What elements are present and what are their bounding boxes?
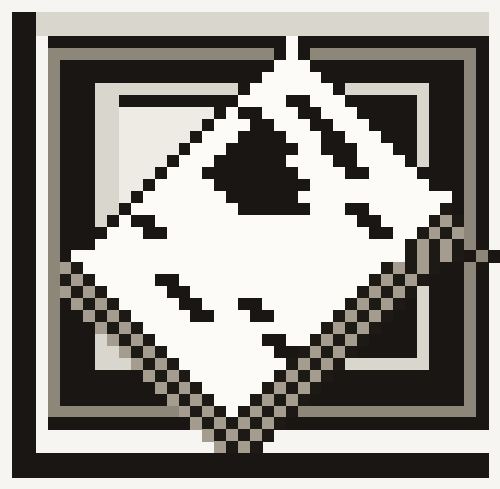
window-white-pixel xyxy=(131,119,144,132)
document-white-pixel xyxy=(310,215,323,228)
black-pixel xyxy=(95,60,108,73)
document-white-pixel xyxy=(274,60,287,73)
document-white-pixel xyxy=(190,167,203,180)
black-pixel xyxy=(167,274,180,287)
black-pixel xyxy=(250,72,263,85)
black-pixel xyxy=(83,203,96,216)
stipple-gray-pixel xyxy=(48,119,61,132)
stipple-gray-pixel xyxy=(48,203,61,216)
document-white-pixel xyxy=(190,191,203,204)
document-white-pixel xyxy=(321,298,334,311)
light-gray-pixel xyxy=(107,119,120,132)
document-white-pixel xyxy=(286,298,299,311)
checker-dark-pixel xyxy=(262,382,275,395)
checker-dark-pixel xyxy=(143,334,156,347)
stipple-gray-pixel xyxy=(464,394,477,407)
black-pixel xyxy=(202,60,215,73)
black-pixel xyxy=(476,143,489,156)
black-pixel xyxy=(60,322,73,335)
black-pixel xyxy=(71,95,84,108)
stipple-gray-pixel xyxy=(464,83,477,96)
black-pixel xyxy=(405,60,418,73)
checker-light-pixel xyxy=(381,298,394,311)
black-pixel xyxy=(476,346,489,359)
black-pixel xyxy=(214,95,227,108)
stipple-gray-pixel xyxy=(393,406,406,419)
black-pixel xyxy=(405,394,418,407)
checker-light-pixel xyxy=(60,262,73,275)
light-gray-pixel xyxy=(357,83,370,96)
black-pixel xyxy=(107,36,120,49)
black-pixel xyxy=(190,453,203,466)
stipple-gray-pixel xyxy=(119,406,132,419)
stipple-gray-pixel xyxy=(48,274,61,287)
black-pixel xyxy=(238,143,251,156)
black-pixel xyxy=(60,334,73,347)
document-white-pixel xyxy=(333,179,346,192)
document-white-pixel xyxy=(405,203,418,216)
document-white-pixel xyxy=(286,239,299,252)
black-pixel xyxy=(12,310,25,323)
black-pixel xyxy=(250,167,263,180)
black-pixel xyxy=(179,465,192,478)
document-white-pixel xyxy=(238,310,251,323)
black-pixel xyxy=(476,262,489,275)
document-white-pixel xyxy=(274,119,287,132)
light-gray-pixel xyxy=(393,358,406,371)
document-white-pixel xyxy=(417,191,430,204)
checker-light-pixel xyxy=(417,250,430,263)
black-pixel xyxy=(476,453,489,466)
black-pixel xyxy=(60,298,73,311)
checker-light-pixel xyxy=(226,429,239,442)
checker-dark-pixel xyxy=(83,274,96,287)
black-pixel xyxy=(60,119,73,132)
black-pixel xyxy=(12,465,25,478)
black-pixel xyxy=(369,107,382,120)
black-pixel xyxy=(95,382,108,395)
stipple-gray-pixel xyxy=(298,406,311,419)
black-pixel xyxy=(417,394,430,407)
checker-dark-pixel xyxy=(310,382,323,395)
black-pixel xyxy=(405,453,418,466)
black-pixel xyxy=(452,179,465,192)
window-white-pixel xyxy=(119,167,132,180)
black-pixel xyxy=(12,24,25,37)
document-white-pixel xyxy=(298,227,311,240)
black-pixel xyxy=(12,12,25,25)
document-white-pixel xyxy=(262,262,275,275)
black-pixel xyxy=(179,72,192,85)
black-pixel xyxy=(405,310,418,323)
document-white-pixel xyxy=(107,239,120,252)
document-white-pixel xyxy=(190,274,203,287)
black-pixel xyxy=(429,370,442,383)
black-pixel xyxy=(429,95,442,108)
black-pixel xyxy=(429,131,442,144)
document-white-pixel xyxy=(179,191,192,204)
black-pixel xyxy=(71,215,84,228)
checker-light-pixel xyxy=(274,406,287,419)
document-white-pixel xyxy=(310,95,323,108)
black-pixel xyxy=(24,394,37,407)
document-white-pixel xyxy=(179,215,192,228)
checker-dark-pixel xyxy=(214,406,227,419)
black-pixel xyxy=(83,322,96,335)
light-gray-pixel xyxy=(464,24,477,37)
black-pixel xyxy=(369,72,382,85)
checker-dark-pixel xyxy=(131,322,144,335)
document-white-pixel xyxy=(274,298,287,311)
light-gray-pixel xyxy=(357,24,370,37)
document-white-pixel xyxy=(298,250,311,263)
document-white-pixel xyxy=(262,107,275,120)
stipple-gray-pixel xyxy=(464,406,477,419)
stipple-gray-pixel xyxy=(440,48,453,61)
black-pixel xyxy=(250,298,263,311)
document-white-pixel xyxy=(298,155,311,168)
black-pixel xyxy=(429,417,442,430)
document-white-pixel xyxy=(298,286,311,299)
checker-dark-pixel xyxy=(107,322,120,335)
checker-dark-pixel xyxy=(214,429,227,442)
document-white-pixel xyxy=(83,250,96,263)
black-pixel xyxy=(310,465,323,478)
black-pixel xyxy=(333,36,346,49)
checker-dark-pixel xyxy=(167,358,180,371)
document-white-pixel xyxy=(190,143,203,156)
black-pixel xyxy=(345,382,358,395)
light-gray-pixel xyxy=(333,12,346,25)
light-gray-pixel xyxy=(345,12,358,25)
black-pixel xyxy=(429,322,442,335)
light-gray-pixel xyxy=(95,131,108,144)
black-pixel xyxy=(24,274,37,287)
black-pixel xyxy=(71,394,84,407)
stipple-gray-pixel xyxy=(417,406,430,419)
stipple-gray-pixel xyxy=(60,48,73,61)
black-pixel xyxy=(381,119,394,132)
black-pixel xyxy=(24,143,37,156)
black-pixel xyxy=(226,60,239,73)
window-white-pixel xyxy=(119,119,132,132)
light-gray-pixel xyxy=(119,358,132,371)
light-gray-pixel xyxy=(143,12,156,25)
black-pixel xyxy=(440,286,453,299)
black-pixel xyxy=(345,370,358,383)
black-pixel xyxy=(24,155,37,168)
stipple-gray-pixel xyxy=(321,48,334,61)
document-white-pixel xyxy=(179,322,192,335)
black-pixel xyxy=(24,203,37,216)
document-white-pixel xyxy=(190,203,203,216)
black-pixel xyxy=(60,453,73,466)
document-white-pixel xyxy=(226,215,239,228)
black-pixel xyxy=(83,215,96,228)
checker-dark-pixel xyxy=(429,215,442,228)
document-white-pixel xyxy=(214,382,227,395)
window-white-pixel xyxy=(190,119,203,132)
document-white-pixel xyxy=(345,227,358,240)
black-pixel xyxy=(274,48,287,61)
light-gray-pixel xyxy=(476,24,489,37)
checker-dark-pixel xyxy=(298,394,311,407)
checker-dark-pixel xyxy=(226,417,239,430)
document-white-pixel xyxy=(131,286,144,299)
black-pixel xyxy=(333,72,346,85)
document-white-pixel xyxy=(190,179,203,192)
document-white-pixel xyxy=(357,179,370,192)
black-pixel xyxy=(71,239,84,252)
window-white-pixel xyxy=(119,131,132,144)
light-gray-pixel xyxy=(238,12,251,25)
black-pixel xyxy=(476,83,489,96)
black-pixel xyxy=(107,382,120,395)
black-pixel xyxy=(95,465,108,478)
stipple-gray-pixel xyxy=(107,48,120,61)
black-pixel xyxy=(452,394,465,407)
black-pixel xyxy=(476,465,489,478)
document-white-pixel xyxy=(167,239,180,252)
black-pixel xyxy=(452,36,465,49)
black-pixel xyxy=(60,310,73,323)
window-white-pixel xyxy=(119,107,132,120)
black-pixel xyxy=(83,83,96,96)
black-pixel xyxy=(226,143,239,156)
light-gray-pixel xyxy=(179,12,192,25)
black-pixel xyxy=(12,179,25,192)
light-gray-pixel xyxy=(345,358,358,371)
window-white-pixel xyxy=(119,155,132,168)
black-pixel xyxy=(143,36,156,49)
stipple-gray-pixel xyxy=(48,72,61,85)
black-pixel xyxy=(417,167,430,180)
document-white-pixel xyxy=(167,179,180,192)
window-white-pixel xyxy=(143,155,156,168)
light-gray-pixel xyxy=(95,95,108,108)
black-pixel xyxy=(440,417,453,430)
light-gray-pixel xyxy=(95,334,108,347)
checker-dark-pixel xyxy=(429,250,442,263)
black-pixel xyxy=(381,465,394,478)
stipple-gray-pixel xyxy=(48,239,61,252)
checker-dark-pixel xyxy=(107,298,120,311)
black-pixel xyxy=(452,131,465,144)
window-white-pixel xyxy=(143,167,156,180)
stipple-gray-pixel xyxy=(464,119,477,132)
black-pixel xyxy=(12,60,25,73)
black-pixel xyxy=(333,394,346,407)
black-pixel xyxy=(250,179,263,192)
black-pixel xyxy=(60,60,73,73)
document-white-pixel xyxy=(214,131,227,144)
black-pixel xyxy=(167,60,180,73)
black-pixel xyxy=(95,72,108,85)
black-pixel xyxy=(238,191,251,204)
light-gray-pixel xyxy=(417,334,430,347)
black-pixel xyxy=(71,453,84,466)
black-pixel xyxy=(262,60,275,73)
light-gray-pixel xyxy=(95,346,108,359)
black-pixel xyxy=(83,358,96,371)
black-pixel xyxy=(60,370,73,383)
document-white-pixel xyxy=(310,227,323,240)
black-pixel xyxy=(429,465,442,478)
checker-dark-pixel xyxy=(179,394,192,407)
checker-light-pixel xyxy=(95,322,108,335)
light-gray-pixel xyxy=(107,346,120,359)
black-pixel xyxy=(440,107,453,120)
document-white-pixel xyxy=(167,191,180,204)
black-pixel xyxy=(250,453,263,466)
black-pixel xyxy=(12,358,25,371)
light-gray-pixel xyxy=(167,83,180,96)
stipple-gray-pixel xyxy=(48,48,61,61)
black-pixel xyxy=(321,394,334,407)
document-white-pixel xyxy=(131,227,144,240)
document-white-pixel xyxy=(202,131,215,144)
black-pixel xyxy=(274,453,287,466)
document-white-pixel xyxy=(310,83,323,96)
document-white-pixel xyxy=(226,131,239,144)
black-pixel xyxy=(12,83,25,96)
checker-dark-pixel xyxy=(179,370,192,383)
black-pixel xyxy=(24,83,37,96)
black-pixel xyxy=(250,191,263,204)
stipple-gray-pixel xyxy=(179,48,192,61)
light-gray-pixel xyxy=(95,12,108,25)
document-white-pixel xyxy=(429,203,442,216)
light-gray-pixel xyxy=(226,12,239,25)
document-white-pixel xyxy=(179,239,192,252)
document-white-pixel xyxy=(357,143,370,156)
document-white-pixel xyxy=(405,179,418,192)
black-pixel xyxy=(440,465,453,478)
black-pixel xyxy=(190,60,203,73)
black-pixel xyxy=(345,155,358,168)
black-pixel xyxy=(60,239,73,252)
document-white-pixel xyxy=(250,370,263,383)
black-pixel xyxy=(250,60,263,73)
document-white-pixel xyxy=(190,322,203,335)
document-white-pixel xyxy=(214,298,227,311)
black-pixel xyxy=(167,95,180,108)
black-pixel xyxy=(24,262,37,275)
document-white-pixel xyxy=(345,274,358,287)
black-pixel xyxy=(476,227,489,240)
black-pixel xyxy=(286,203,299,216)
checker-dark-pixel xyxy=(405,250,418,263)
black-pixel xyxy=(24,250,37,263)
checker-dark-pixel xyxy=(155,370,168,383)
document-white-pixel xyxy=(262,358,275,371)
light-gray-pixel xyxy=(381,83,394,96)
document-white-pixel xyxy=(262,298,275,311)
checker-light-pixel xyxy=(440,250,453,263)
document-white-pixel xyxy=(167,346,180,359)
black-pixel xyxy=(357,203,370,216)
black-pixel xyxy=(179,143,192,156)
document-white-pixel xyxy=(214,239,227,252)
light-gray-pixel xyxy=(107,131,120,144)
black-pixel xyxy=(60,131,73,144)
checker-dark-pixel xyxy=(310,358,323,371)
document-white-pixel xyxy=(226,394,239,407)
black-pixel xyxy=(143,179,156,192)
light-gray-pixel xyxy=(60,24,73,37)
black-pixel xyxy=(369,370,382,383)
checker-light-pixel xyxy=(131,334,144,347)
light-gray-pixel xyxy=(131,12,144,25)
document-white-pixel xyxy=(238,370,251,383)
stipple-gray-pixel xyxy=(167,406,180,419)
black-pixel xyxy=(333,131,346,144)
black-pixel xyxy=(238,36,251,49)
light-gray-pixel xyxy=(429,24,442,37)
black-pixel xyxy=(393,107,406,120)
light-gray-pixel xyxy=(298,12,311,25)
light-gray-pixel xyxy=(107,203,120,216)
black-pixel xyxy=(381,95,394,108)
black-pixel xyxy=(71,358,84,371)
stipple-gray-pixel xyxy=(48,107,61,120)
document-white-pixel xyxy=(71,250,84,263)
page-background xyxy=(0,0,500,489)
black-pixel xyxy=(452,274,465,287)
document-white-pixel xyxy=(155,286,168,299)
document-white-pixel xyxy=(298,274,311,287)
checker-dark-pixel xyxy=(226,441,239,454)
document-white-pixel xyxy=(262,286,275,299)
black-pixel xyxy=(429,36,442,49)
checker-light-pixel xyxy=(333,322,346,335)
window-white-pixel xyxy=(155,107,168,120)
document-white-pixel xyxy=(155,179,168,192)
black-pixel xyxy=(71,167,84,180)
document-white-pixel xyxy=(214,119,227,132)
document-white-pixel xyxy=(155,262,168,275)
document-white-pixel xyxy=(155,203,168,216)
document-white-pixel xyxy=(250,334,263,347)
black-pixel xyxy=(274,143,287,156)
document-white-pixel xyxy=(310,310,323,323)
black-pixel xyxy=(24,95,37,108)
black-pixel xyxy=(250,465,263,478)
document-white-pixel xyxy=(345,250,358,263)
black-pixel xyxy=(131,95,144,108)
document-white-pixel xyxy=(190,250,203,263)
light-gray-pixel xyxy=(405,83,418,96)
document-white-pixel xyxy=(238,274,251,287)
document-white-pixel xyxy=(190,346,203,359)
black-pixel xyxy=(452,107,465,120)
document-white-pixel xyxy=(238,227,251,240)
light-gray-pixel xyxy=(417,143,430,156)
black-pixel xyxy=(71,227,84,240)
document-white-pixel xyxy=(238,262,251,275)
stipple-gray-pixel xyxy=(131,406,144,419)
document-white-pixel xyxy=(214,203,227,216)
light-gray-pixel xyxy=(83,12,96,25)
black-pixel xyxy=(476,406,489,419)
black-pixel xyxy=(36,453,49,466)
light-gray-pixel xyxy=(452,12,465,25)
light-gray-pixel xyxy=(214,24,227,37)
black-pixel xyxy=(357,215,370,228)
checker-dark-pixel xyxy=(71,262,84,275)
document-white-pixel xyxy=(286,215,299,228)
stipple-gray-pixel xyxy=(71,48,84,61)
